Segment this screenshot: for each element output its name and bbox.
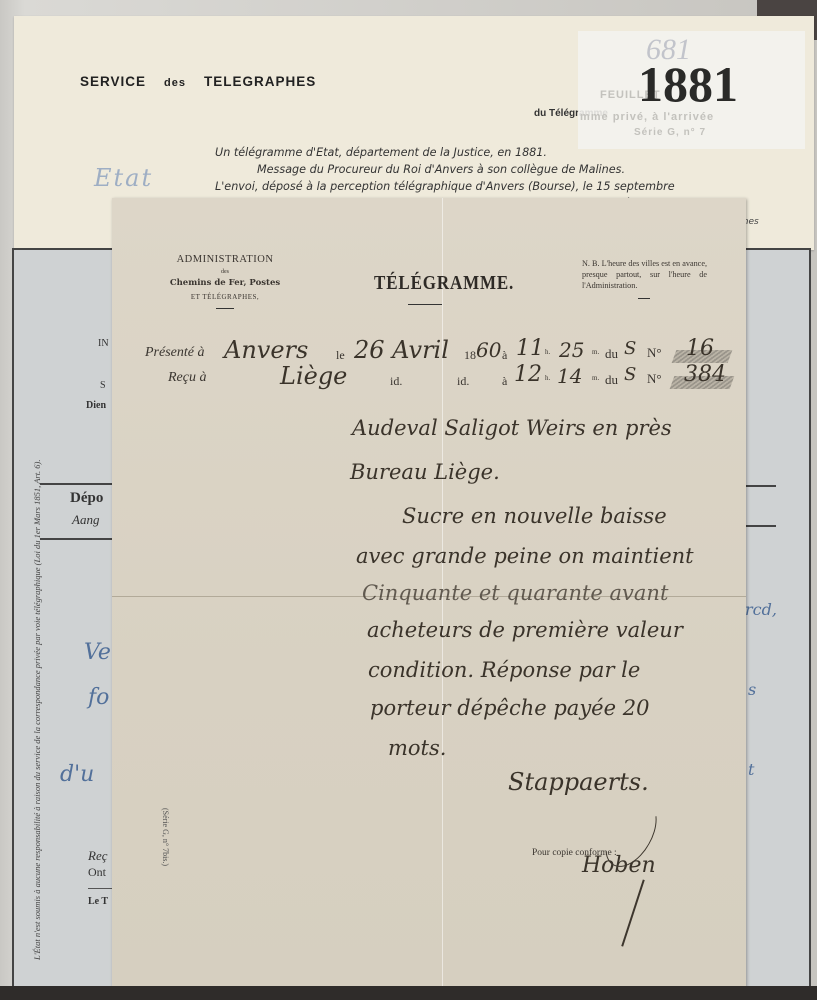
a-label: à — [502, 374, 507, 389]
form-fragment: IN — [98, 338, 109, 349]
du-label: du — [605, 346, 618, 362]
header-des: des — [164, 77, 186, 89]
handwriting-fragment: Ve — [84, 640, 111, 665]
message-line: Bureau Liège. — [350, 460, 500, 484]
handwriting-fragment: d'u — [60, 762, 94, 787]
message-line: acheteurs de première valeur — [367, 618, 683, 642]
m-label: m. — [592, 374, 599, 382]
received-place: Liège — [280, 362, 347, 390]
message-line: porteur dépêche payée 20 — [370, 696, 649, 720]
h-label: h. — [545, 348, 550, 356]
du-label: du — [605, 372, 618, 388]
presented-number: 16 — [686, 336, 714, 361]
header-service: SERVICE — [80, 74, 146, 89]
admin-line: ADMINISTRATION — [150, 254, 300, 265]
nb-note: N. B. L'heure des villes est en avance, … — [582, 258, 707, 291]
divider — [216, 308, 234, 309]
side-text: L'État n'est soumis à aucune responsabil… — [32, 270, 42, 960]
etat-pencil-note: Etat — [94, 164, 153, 192]
admin-line: ET TÉLÉGRAPHES, — [150, 293, 300, 301]
sender-signature: Stappaerts. — [508, 768, 649, 796]
no-label: N° — [647, 345, 662, 361]
handwriting-fragment: fo — [88, 685, 109, 710]
admin-line: des — [150, 269, 300, 275]
form-fragment: Reç — [88, 848, 107, 864]
form-rule — [40, 483, 112, 485]
id-label: id. — [390, 374, 402, 389]
presented-year: 60 — [476, 338, 501, 362]
form-fragment: Ont — [88, 865, 106, 880]
received-period: S — [624, 364, 636, 385]
handwriting-fragment: t — [748, 760, 754, 779]
presented-place: Anvers — [224, 336, 308, 364]
admin-line: Chemins de Fer, Postes — [150, 278, 300, 288]
divider — [638, 298, 650, 299]
presented-minute: 25 — [559, 338, 584, 362]
header-telegraphes: TELEGRAPHES — [204, 74, 316, 89]
presented-hour: 11 — [516, 336, 544, 361]
message-line: Cinquante et quarante avant — [362, 581, 668, 605]
m-label: m. — [592, 348, 599, 356]
message-line: Sucre en nouvelle baisse — [402, 504, 667, 528]
handwriting-fragment: s — [748, 680, 756, 699]
message-line: mots. — [388, 736, 446, 760]
signature-stroke — [621, 879, 644, 946]
form-fragment: Aang — [72, 512, 99, 528]
form-fragment: Le T — [88, 896, 108, 907]
form-rule — [88, 888, 112, 889]
caption-line: Message du Procureur du Roi d'Anvers à s… — [215, 161, 775, 178]
telegram-title: TÉLÉGRAMME. — [374, 272, 514, 295]
presented-date: 26 Avril — [354, 336, 449, 364]
divider — [408, 304, 442, 305]
caption-line: L'envoi, déposé à la perception télégrap… — [215, 178, 775, 195]
form-rule — [40, 538, 112, 540]
received-label: Reçu à — [168, 370, 206, 386]
telegram-document: ADMINISTRATION des Chemins de Fer, Poste… — [112, 198, 746, 990]
year-number: 1881 — [638, 55, 738, 113]
form-fragment: Dien — [86, 400, 106, 411]
ghost-text: Série G, n° 7 — [634, 127, 706, 138]
form-fragment: Dépo — [70, 490, 103, 507]
caption-header: SERVICEdesTELEGRAPHES — [80, 74, 316, 89]
form-rule — [746, 485, 776, 487]
message-line: condition. Réponse par le — [368, 658, 640, 682]
year-prefix: 18 — [464, 348, 476, 363]
received-hour: 12 — [514, 362, 542, 387]
serie-number: (Série G, n° 7bis.) — [161, 808, 170, 866]
year-label: 681 FEUILLET mme privé, à l'arrivée Séri… — [578, 31, 805, 149]
handwriting-fragment: rcd, — [745, 600, 777, 619]
underlying-side-text: L'État n'est soumis à aucune responsabil… — [18, 270, 58, 960]
message-line: Audeval Saligot Weirs en près — [352, 416, 672, 440]
background-bottom — [0, 986, 817, 1000]
received-minute: 14 — [557, 364, 582, 388]
le-label: le — [336, 348, 345, 363]
presented-period: S — [624, 338, 636, 359]
presented-label: Présenté à — [145, 345, 204, 361]
form-fragment: S — [100, 380, 106, 391]
no-label: N° — [647, 371, 662, 387]
received-number: 384 — [684, 362, 726, 387]
form-rule — [746, 525, 776, 527]
h-label: h. — [545, 374, 550, 382]
administration-header: ADMINISTRATION des Chemins de Fer, Poste… — [150, 254, 300, 309]
a-label: à — [502, 348, 507, 363]
id-label: id. — [457, 374, 469, 389]
message-line: avec grande peine on maintient — [356, 544, 694, 568]
